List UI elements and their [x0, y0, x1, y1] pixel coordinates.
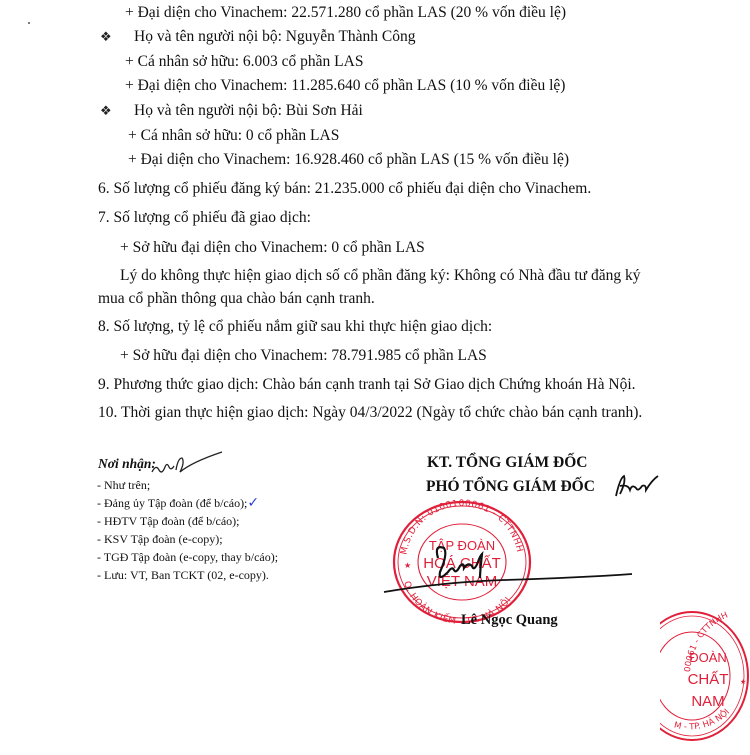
line-vinachem-11m: + Đại diện cho Vinachem: 11.285.640 cổ p… — [125, 76, 565, 96]
item-6-registered-shares: 6. Số lượng cổ phiếu đăng ký bán: 21.235… — [98, 179, 591, 199]
checkmark-icon: ✓ — [247, 495, 259, 511]
line-personal-6003: + Cá nhân sở hữu: 6.003 cổ phần LAS — [125, 52, 363, 72]
svg-text:★: ★ — [740, 678, 746, 686]
item-9-trading-method: 9. Phương thức giao dịch: Chào bán cạnh … — [98, 375, 636, 395]
line-traded-vinachem-0: + Sở hữu đại diện cho Vinachem: 0 cổ phầ… — [120, 238, 425, 258]
recipients-title: Nơi nhận: — [98, 456, 156, 472]
initials-scribble-icon — [150, 448, 230, 478]
svg-text:NAM: NAM — [691, 693, 724, 710]
insider-name-bui-son-hai: Họ và tên người nội bộ: Bùi Sơn Hải — [134, 101, 363, 121]
item-10-trading-time: 10. Thời gian thực hiện giao dịch: Ngày … — [98, 403, 642, 423]
partial-seal-stamp: 00061 - CTTNHH M - TP. HÀ NỘI ★ ĐOÀN CHẤ… — [660, 600, 750, 750]
item-8-holdings-after: 8. Số lượng, tỷ lệ cổ phiếu nắm giữ sau … — [98, 317, 492, 337]
recipient-item: - HĐTV Tập đoàn (để b/cáo); — [97, 513, 240, 529]
signer-name: Lê Ngọc Quang — [461, 612, 558, 629]
diamond-bullet-icon: ❖ — [100, 101, 112, 121]
line-vinachem-22m: + Đại diện cho Vinachem: 22.571.280 cổ p… — [125, 3, 566, 23]
recipient-item: - KSV Tập đoàn (e-copy); — [97, 531, 223, 547]
line-vinachem-16m: + Đại diện cho Vinachem: 16.928.460 cổ p… — [128, 150, 569, 170]
signature-scribble-icon — [380, 540, 640, 600]
svg-text:CHẤT: CHẤT — [688, 671, 729, 688]
signature-title-line1: KT. TỔNG GIÁM ĐỐC — [427, 454, 587, 472]
recipient-item: - TGĐ Tập đoàn (e-copy, thay b/cáo); — [97, 549, 278, 565]
svg-text:ĐOÀN: ĐOÀN — [689, 650, 727, 665]
insider-name-nguyen-thanh-cong: Họ và tên người nội bộ: Nguyễn Thành Côn… — [134, 27, 416, 47]
reason-not-executed-cont: mua cổ phần thông qua chào bán cạnh tran… — [98, 289, 375, 309]
recipient-item: - Lưu: VT, Ban TCKT (02, e-copy). — [97, 567, 269, 583]
signature-title-line2: PHÓ TỔNG GIÁM ĐỐC — [426, 478, 595, 496]
scan-speck — [28, 22, 30, 24]
line-holding-78m: + Sở hữu đại diện cho Vinachem: 78.791.9… — [120, 346, 487, 366]
diamond-bullet-icon: ❖ — [100, 27, 112, 47]
recipient-item: - Như trên; — [97, 477, 150, 493]
recipient-text: - Đảng ủy Tập đoàn (để b/cáo); — [97, 496, 247, 510]
line-personal-0: + Cá nhân sở hữu: 0 cổ phần LAS — [128, 126, 339, 146]
initials-scribble-icon — [612, 470, 662, 500]
reason-not-executed: Lý do không thực hiện giao dịch số cổ ph… — [120, 266, 640, 286]
recipient-item: - Đảng ủy Tập đoàn (để b/cáo);✓ — [97, 495, 259, 511]
item-7-traded-shares: 7. Số lượng cổ phiếu đã giao dịch: — [98, 208, 311, 228]
